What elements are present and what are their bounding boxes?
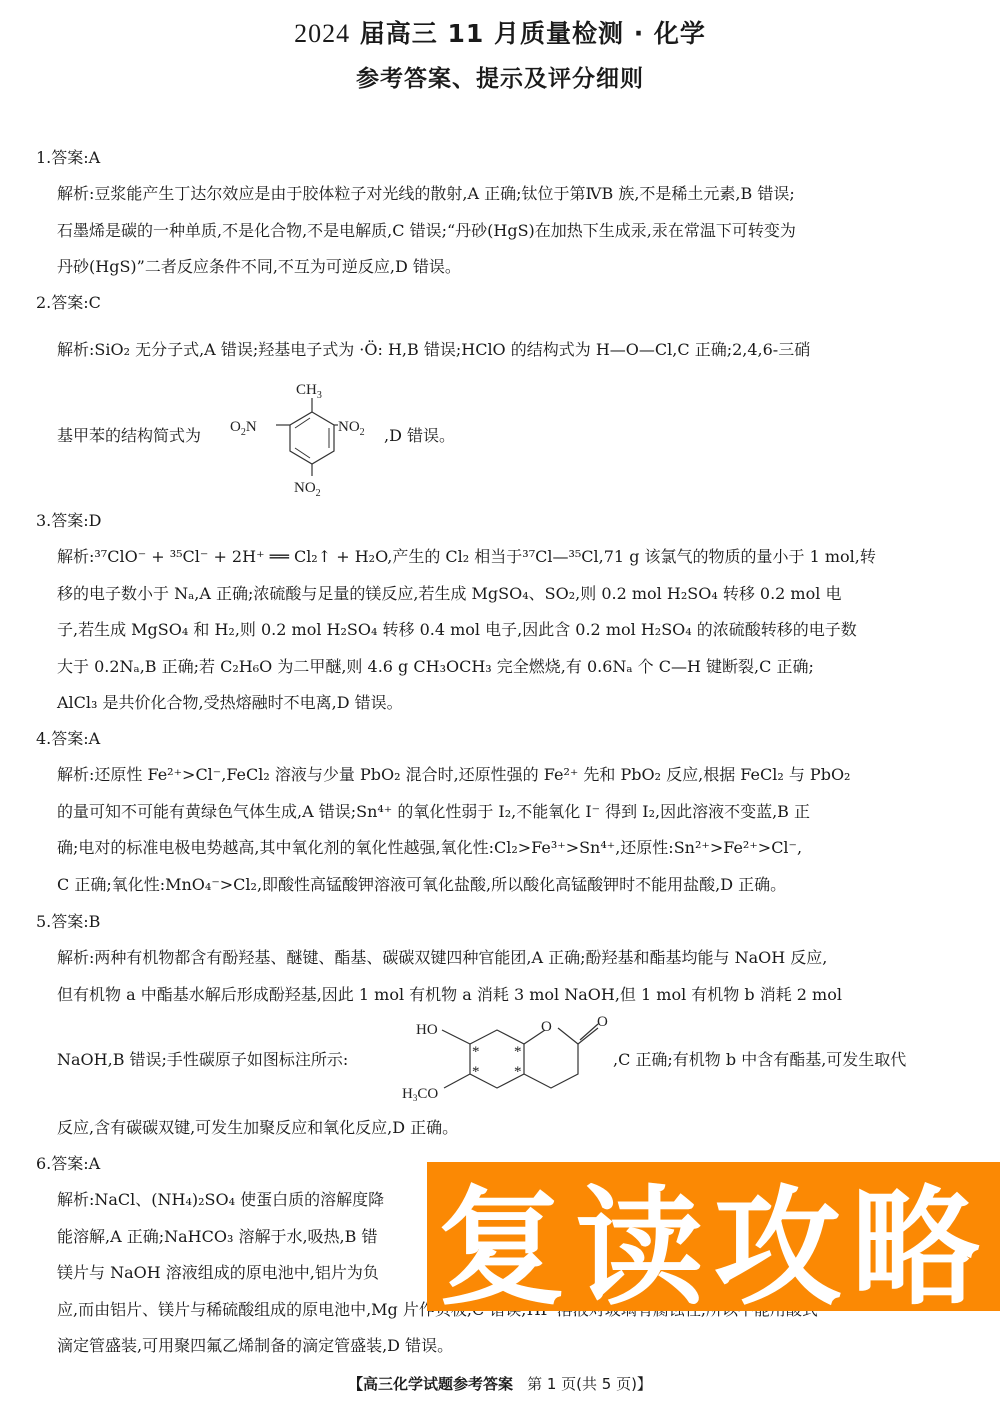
svg-text:H3CO: H3CO — [402, 1086, 438, 1103]
tnt-structure-diagram: CH3 O2N NO2 NO2 — [226, 372, 396, 497]
question-4-explanation: 解析:还原性 Fe²⁺>Cl⁻,FeCl₂ 溶液与少量 PbO₂ 混合时,还原性… — [57, 757, 965, 903]
question-3-explanation: 解析:³⁷ClO⁻ + ³⁵Cl⁻ + 2H⁺ ══ Cl₂↑ + H₂O,产生… — [57, 539, 965, 722]
svg-text:*: * — [514, 1064, 522, 1080]
question-5-structure-intro: NaOH,B 错误;手性碳原子如图标注所示: — [57, 1042, 348, 1079]
svg-text:CH3: CH3 — [296, 382, 322, 401]
question-2-structure-intro: 基甲苯的结构简式为 — [57, 418, 201, 455]
svg-text:O: O — [541, 1019, 552, 1035]
watermark-banner: 复读攻略 — [427, 1162, 1000, 1311]
question-1-answer: 1.答案:A — [36, 148, 100, 168]
footer-label: 【高三化学试题参考答案 — [348, 1375, 513, 1393]
svg-text:NO2: NO2 — [294, 480, 321, 497]
question-5-explanation: 解析:两种有机物都含有酚羟基、醚键、酯基、碳碳双键四种官能团,A 正确;酚羟基和… — [57, 940, 965, 1013]
svg-text:NO2: NO2 — [338, 419, 365, 438]
question-2-explanation: 解析:SiO₂ 无分子式,A 错误;羟基电子式为 ·Ö: H,B 错误;HClO… — [57, 332, 965, 369]
svg-text:*: * — [514, 1044, 522, 1060]
question-5-structure-tail: ,C 正确;有机物 b 中含有酯基,可发生取代 — [613, 1042, 906, 1079]
title-year: 2024 — [294, 19, 350, 48]
watermark-text: 复读攻略 — [437, 1145, 989, 1329]
chiral-carbon-structure-diagram: HO O O H3CO * * * * — [398, 1012, 613, 1104]
svg-text:O2N: O2N — [230, 419, 257, 438]
svg-text:HO: HO — [416, 1022, 438, 1038]
page-number: 第 1 页(共 5 页)】 — [527, 1375, 652, 1393]
question-5-explanation-end: 反应,含有碳碳双键,可发生加聚反应和氧化反应,D 正确。 — [57, 1110, 965, 1147]
title-text: 届高三 11 月质量检测 · 化学 — [360, 19, 706, 48]
document-subtitle: 参考答案、提示及评分细则 — [0, 60, 1000, 93]
question-3-answer: 3.答案:D — [36, 511, 102, 531]
document-title: 2024 届高三 11 月质量检测 · 化学 — [0, 14, 1000, 50]
question-2-answer: 2.答案:C — [36, 293, 101, 313]
question-6-answer: 6.答案:A — [36, 1154, 100, 1174]
page-footer: 【高三化学试题参考答案第 1 页(共 5 页)】 — [0, 1373, 1000, 1394]
question-2-structure-tail: ,D 错误。 — [384, 418, 455, 455]
svg-text:O: O — [597, 1014, 608, 1030]
svg-text:*: * — [472, 1044, 480, 1060]
question-5-answer: 5.答案:B — [36, 912, 100, 932]
svg-text:*: * — [472, 1064, 480, 1080]
question-1-explanation: 解析:豆浆能产生丁达尔效应是由于胶体粒子对光线的散射,A 正确;钛位于第ⅣB 族… — [57, 176, 965, 286]
question-4-answer: 4.答案:A — [36, 729, 100, 749]
